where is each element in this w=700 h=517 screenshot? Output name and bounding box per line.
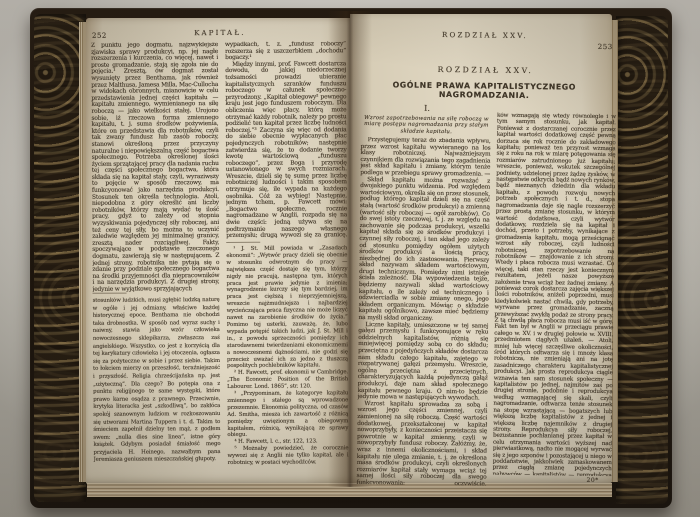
paragraph: Liczne kapitały, umieszczone w tej samej…: [357, 322, 488, 403]
signature-mark: 20*: [586, 477, 598, 484]
gutter-shadow: [328, 11, 372, 487]
paragraph: Przystępujemy teraz do zbadania wpływu, …: [360, 137, 490, 178]
paragraph: ków wzmagają się wtedy równolegle i w ty…: [493, 113, 616, 476]
paragraph: Skład kapitału można rozważać z dwojakie…: [358, 177, 490, 324]
section-subtitle: Wzrost zapotrzebowania na siłę roboczą w…: [358, 115, 495, 136]
section-number: I.: [361, 103, 493, 114]
chapter-heading: ROZDZIAŁ XXV.: [365, 64, 605, 76]
paragraph: Wzrost kapitału sprowadza za sobą i wzro…: [356, 401, 487, 486]
book-photo: 252 KAPITAŁ. Z punktu jego dogmatu, najz…: [0, 0, 700, 517]
chapter-title: OGÓLNE PRAWA KAPITALISTYCZNEGO NAGROMADZ…: [355, 80, 613, 101]
page-number-right: 253: [598, 43, 613, 51]
right-col1-main-text: Przystępujemy teraz do zbadania wpływu, …: [356, 137, 490, 486]
running-head-right: ROZDZIAŁ XXV.: [370, 30, 600, 41]
right-col2-main-text: ków wzmagają się wtedy równolegle i w ty…: [493, 113, 616, 476]
